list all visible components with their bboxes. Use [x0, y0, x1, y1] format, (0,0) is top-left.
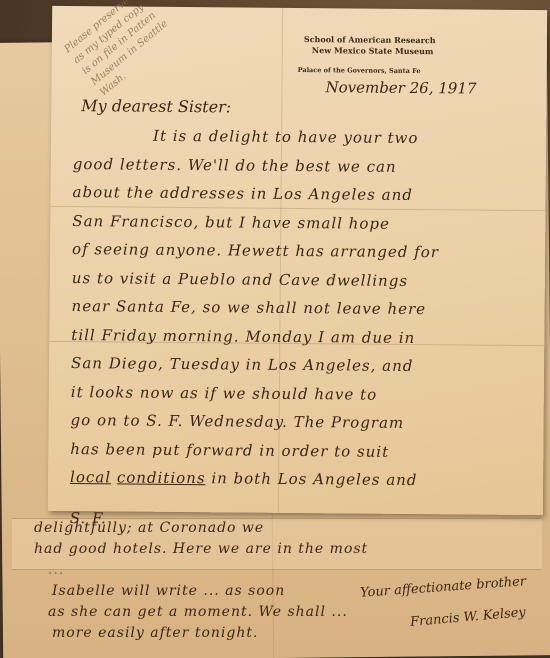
body-line: till Friday morning. Monday I am due in — [71, 326, 531, 359]
letterhead-address: Palace of the Governors, Santa Fe — [298, 66, 421, 75]
body-line: has been put forward in order to suit — [70, 440, 530, 473]
letterhead-museum: New Mexico State Museum — [304, 45, 436, 57]
letterhead: School of American Research New Mexico S… — [304, 34, 436, 57]
margin-note: Please preserve as my typed copy is on f… — [62, 0, 180, 100]
body-line: good letters. We'll do the best we can — [73, 155, 533, 188]
letter-date: November 26, 1917 — [325, 78, 476, 97]
continuation-line: delightfully; at Coronado we — [28, 520, 538, 541]
continuation-line: had good hotels. Here we are in the most — [28, 541, 538, 562]
continuation-line: more easily after tonight. — [28, 625, 538, 646]
body-line: us to visit a Pueblo and Cave dwellings — [72, 269, 532, 302]
body-line: about the addresses in Los Angeles and — [72, 183, 532, 216]
body-line: go on to S. F. Wednesday. The Program — [70, 411, 530, 444]
body-line: It is a delight to have your two — [73, 126, 533, 159]
body-line: it looks now as if we should have to — [71, 383, 531, 416]
underlined-word: conditions — [117, 468, 206, 487]
letter-body: It is a delight to have your two good le… — [70, 126, 534, 541]
body-line: of seeing anyone. Hewett has arranged fo… — [72, 240, 532, 273]
body-line: San Diego, Tuesday in Los Angeles, and — [71, 354, 531, 387]
body-line: San Francisco, but I have small hope — [72, 212, 532, 245]
body-line-underlined: local conditions in both Los Angeles and — [70, 468, 530, 501]
underlined-word: local — [70, 468, 111, 486]
body-line: near Santa Fe, so we shall not leave her… — [71, 297, 531, 330]
text-span: in both Los Angeles and — [211, 469, 417, 489]
letter-front-page: School of American Research New Mexico S… — [48, 6, 547, 515]
salutation: My dearest Sister: — [81, 96, 231, 116]
